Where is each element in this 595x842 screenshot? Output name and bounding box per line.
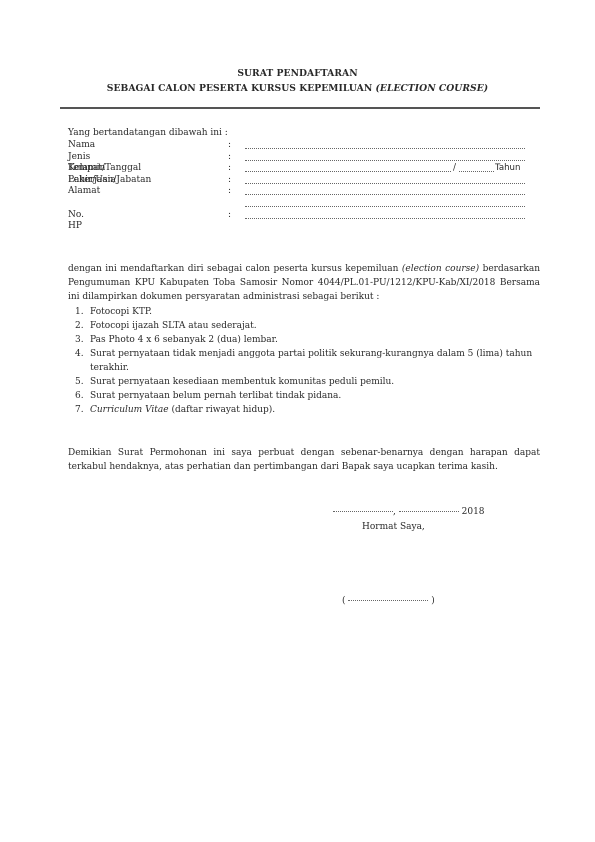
date-blank[interactable] [399,511,459,512]
place-date-line: , 2018 [333,507,485,517]
field-blank[interactable] [245,148,525,149]
list-item: 2.Fotocopi ijazah SLTA atau sederajat. [68,319,540,333]
list-item: 6.Surat pernyataan belum pernah terlibat… [68,389,540,403]
field-colon: : [228,186,231,198]
list-item: 5.Surat pernyataan kesediaan membentuk k… [68,375,540,389]
list-italic: Curriculum Vitae [90,405,169,415]
subtitle-italic: (ELECTION COURSE) [376,83,489,94]
signature-open-paren: ( [342,596,346,606]
list-text: Surat pernyataan tidak menjadi anggota p… [90,349,532,373]
document-subtitle: SEBAGAI CALON PESERTA KURSUS KEPEMILUAN … [0,83,595,94]
field-colon: : [228,175,231,187]
list-number: 7. [75,403,84,417]
place-blank[interactable] [333,511,393,512]
list-item: 1.Fotocopi KTP. [68,305,540,319]
field-blank[interactable] [245,218,525,219]
field-label: Alamat [68,186,100,198]
header-divider [60,107,540,109]
field-colon: : [228,163,231,175]
field-label: Nama [68,140,95,152]
field-separator: / [453,163,456,175]
date-comma: , [393,507,396,517]
signature-name-blank[interactable] [348,600,428,601]
list-number: 6. [75,389,84,403]
requirements-list: 1.Fotocopi KTP. 2.Fotocopi ijazah SLTA a… [68,305,540,417]
signature-close-paren: ) [431,596,435,606]
list-number: 3. [75,333,84,347]
list-text: Surat pernyataan belum pernah terlibat t… [90,391,341,401]
list-text: Surat pernyataan kesediaan membentuk kom… [90,377,394,387]
intro-text: Yang bertandatangan dibawah ini : [68,128,228,140]
list-number: 4. [75,347,84,361]
list-item: 3.Pas Photo 4 x 6 sebanyak 2 (dua) lemba… [68,333,540,347]
list-number: 2. [75,319,84,333]
field-label: No. HP [68,210,84,233]
closing-paragraph: Demikian Surat Permohonan ini saya perbu… [68,446,540,474]
paragraph-italic: (election course) [402,264,479,274]
date-year: 2018 [459,507,485,517]
field-colon: : [228,140,231,152]
list-number: 5. [75,375,84,389]
list-item: 4.Surat pernyataan tidak menjadi anggota… [68,347,540,375]
list-item: 7.Curriculum Vitae (daftar riwayat hidup… [68,403,540,417]
field-blank[interactable] [245,183,525,184]
list-text: Fotocopi ijazah SLTA atau sederajat. [90,321,257,331]
list-text: (daftar riwayat hidup). [169,405,276,415]
registration-paragraph: dengan ini mendaftarkan diri sebagai cal… [68,262,540,304]
document-title: SURAT PENDAFTARAN [0,68,595,79]
field-colon: : [228,210,231,222]
subtitle-main: SEBAGAI CALON PESERTA KURSUS KEPEMILUAN [107,83,376,94]
field-blank[interactable] [245,194,525,195]
field-colon: : [228,152,231,164]
closing-salutation: Hormat Saya, [362,522,425,532]
paragraph-text: dengan ini mendaftarkan diri sebagai cal… [68,264,402,274]
field-suffix: Tahun [495,163,520,175]
field-blank[interactable] [245,206,525,207]
signature-line: ( ) [342,596,435,606]
field-blank[interactable] [245,160,525,161]
list-number: 1. [75,305,84,319]
list-text: Fotocopi KTP. [90,307,152,317]
field-blank-usia[interactable] [459,171,494,172]
field-blank-ttl[interactable] [245,171,451,172]
field-label: Pekerjaan/Jabatan [68,175,151,187]
list-text: Pas Photo 4 x 6 sebanyak 2 (dua) lembar. [90,335,278,345]
